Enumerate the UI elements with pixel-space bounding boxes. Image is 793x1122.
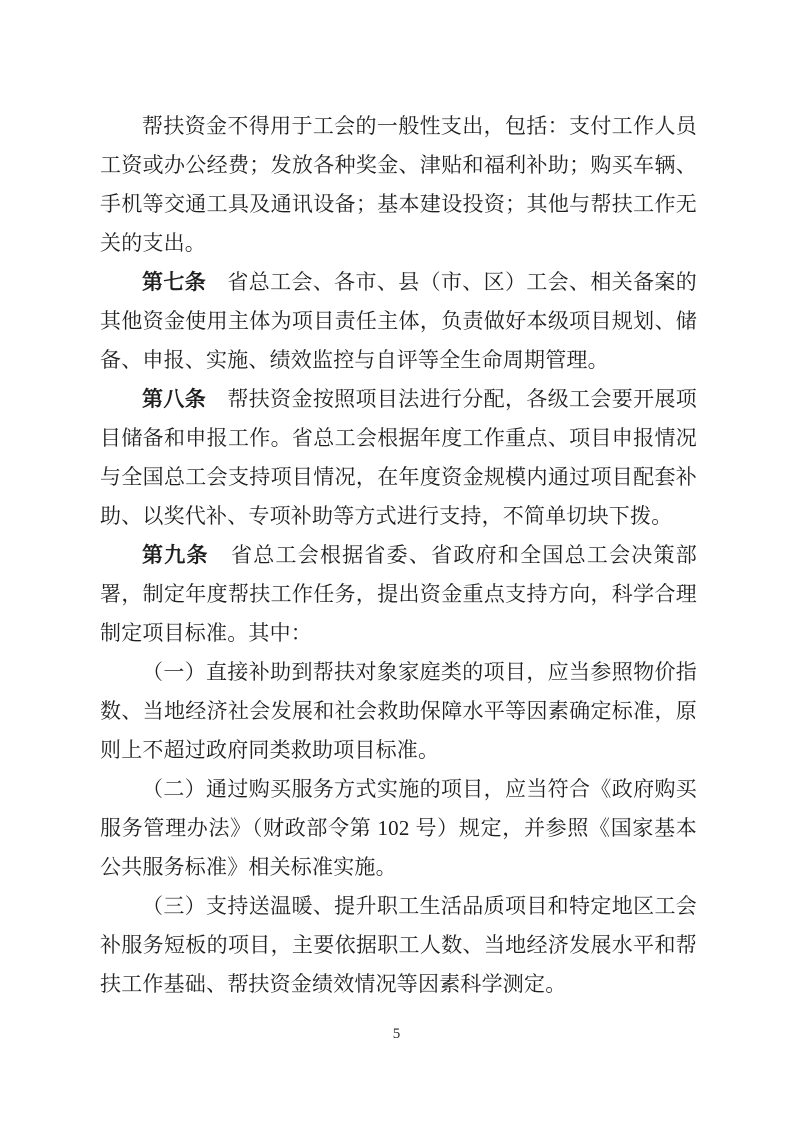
paragraph-article-7: 第七条 省总工会、各市、县（市、区）工会、相关备案的其他资金使用主体为项目责任主… bbox=[100, 263, 697, 380]
paragraph-text: （一）直接补助到帮扶对象家庭类的项目，应当参照物价指数、当地经济社会发展和社会救… bbox=[100, 660, 697, 762]
page-number: 5 bbox=[0, 1026, 793, 1043]
article-number: 第七条 bbox=[142, 271, 206, 294]
paragraph-text: 帮扶资金不得用于工会的一般性支出，包括：支付工作人员工资或办公经费；发放各种奖金… bbox=[100, 114, 697, 255]
article-number: 第九条 bbox=[142, 544, 209, 567]
paragraph-item-2: （二）通过购买服务方式实施的项目，应当符合《政府购买服务管理办法》（财政部令第 … bbox=[100, 770, 697, 887]
article-number: 第八条 bbox=[142, 388, 206, 411]
paragraph-text: （二）通过购买服务方式实施的项目，应当符合《政府购买服务管理办法》（财政部令第 … bbox=[100, 777, 697, 879]
document-body: 帮扶资金不得用于工会的一般性支出，包括：支付工作人员工资或办公经费；发放各种奖金… bbox=[100, 107, 697, 1004]
paragraph-item-1: （一）直接补助到帮扶对象家庭类的项目，应当参照物价指数、当地经济社会发展和社会救… bbox=[100, 653, 697, 770]
paragraph-article-9: 第九条 省总工会根据省委、省政府和全国总工会决策部署，制定年度帮扶工作任务，提出… bbox=[100, 536, 697, 653]
paragraph-text: （三）支持送温暖、提升职工生活品质项目和特定地区工会补服务短板的项目，主要依据职… bbox=[100, 894, 697, 996]
document-page: 帮扶资金不得用于工会的一般性支出，包括：支付工作人员工资或办公经费；发放各种奖金… bbox=[0, 0, 793, 1122]
paragraph-item-3: （三）支持送温暖、提升职工生活品质项目和特定地区工会补服务短板的项目，主要依据职… bbox=[100, 887, 697, 1004]
paragraph-article-8: 第八条 帮扶资金按照项目法进行分配，各级工会要开展项目储备和申报工作。省总工会根… bbox=[100, 380, 697, 536]
paragraph-funds-prohibited-uses: 帮扶资金不得用于工会的一般性支出，包括：支付工作人员工资或办公经费；发放各种奖金… bbox=[100, 107, 697, 263]
